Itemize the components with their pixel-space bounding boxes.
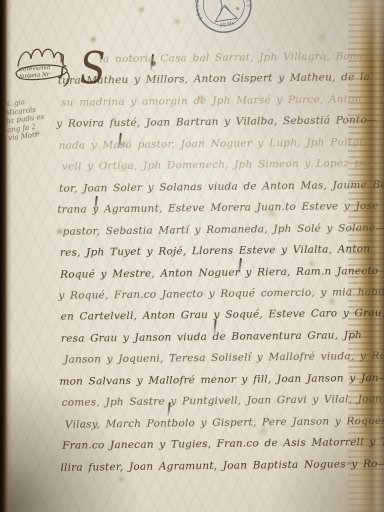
svg-text:AÑO 18: AÑO 18 [235, 0, 252, 10]
manuscript-page: SELLO 4º AÑO 18 40 Ms Carevurnia Janpeta… [0, 0, 384, 512]
stamp-text-right: AÑO 18 [235, 0, 252, 10]
foxing-spots [0, 0, 3, 3]
opening-initial: S [79, 43, 106, 94]
stamp-mound [213, 4, 237, 21]
manuscript-line: res, Jph Tuyet y Rojé, Llorens Esteve y … [60, 239, 366, 264]
stamp-value-text: 40 Ms [219, 21, 235, 29]
manuscript-text-block: S ia notoria Casa bal Sarrat, Jph Villag… [57, 46, 368, 479]
official-stamp-icon: SELLO 4º AÑO 18 40 Ms [185, 0, 266, 42]
manuscript-line: llira fuster, Joan Agramunt, Joan Baptis… [60, 454, 368, 479]
